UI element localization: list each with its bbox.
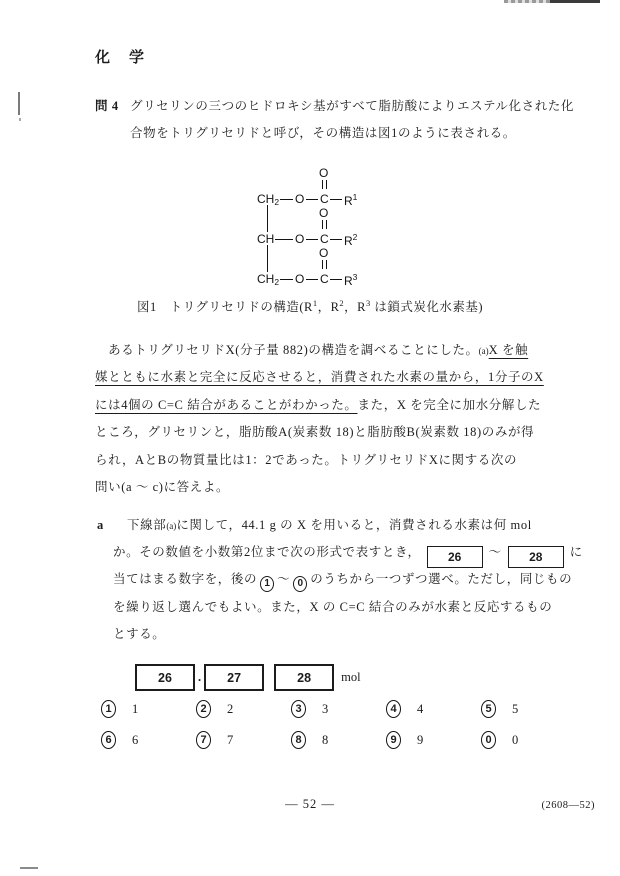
ester-oxygen-atom: O	[295, 272, 304, 286]
left-margin-mark	[18, 92, 20, 115]
caption-text: ，R	[344, 300, 366, 314]
chain-carbon-group: CH	[257, 232, 274, 247]
chain-label: CH	[257, 232, 274, 246]
underlined-text: X を触	[489, 343, 529, 357]
decimal-point: .	[198, 670, 201, 685]
answer-format-row: 26 . 27 28 mol	[135, 664, 361, 691]
r-superscript: 1	[353, 192, 358, 202]
chain-label: CH	[257, 272, 274, 286]
option-3[interactable]: 33	[291, 700, 386, 718]
circled-1-icon: 1	[260, 576, 274, 592]
circled-5-icon: 5	[481, 700, 496, 718]
option-value: 2	[227, 702, 233, 717]
option-value: 5	[512, 702, 518, 717]
page-number: — 52 —	[0, 797, 620, 812]
r-superscript: 2	[353, 232, 358, 242]
solid-mark-segment	[550, 0, 600, 3]
circled-9-icon: 9	[386, 731, 401, 749]
circled-0-icon: 0	[293, 576, 307, 592]
choice-options-grid: 11 22 33 44 55 66 77 88 99 00	[101, 700, 576, 749]
answer-box-27: 27	[204, 664, 264, 691]
left-margin-dot	[19, 118, 21, 121]
question-text: か。その数値を小数第2位まで次の形式で表すとき，	[113, 545, 421, 559]
circled-7-icon: 7	[196, 731, 211, 749]
question4-intro-line1: グリセリンの三つのヒドロキシ基がすべて脂肪酸によりエステル化された化	[130, 97, 574, 116]
paragraph-line3: には4個の C=C 結合があることがわかった。また，X を完全に加水分解した	[95, 396, 541, 415]
unit-label: mol	[341, 670, 360, 685]
underlined-text: には4個の C=C 結合があることがわかった。	[95, 398, 358, 412]
question-text: 下線部	[127, 518, 166, 532]
answer-blank-box-26: 26	[427, 546, 483, 568]
single-bond-icon	[275, 239, 293, 240]
circled-3-icon: 3	[291, 700, 306, 718]
subject-title: 化 学	[95, 46, 146, 67]
option-value: 4	[417, 702, 423, 717]
single-bond-icon	[306, 239, 318, 240]
option-value: 0	[512, 733, 518, 748]
option-6[interactable]: 66	[101, 731, 196, 749]
circled-2-icon: 2	[196, 700, 211, 718]
ester-oxygen-atom: O	[295, 232, 304, 246]
figure1-caption: 図1 トリグリセリドの構造(R1，R2，R3 は鎖式炭化水素基)	[0, 297, 620, 315]
double-bond-icon	[322, 180, 327, 189]
underlined-text: 媒とともに水素と完全に反応させると，消費された水素の量から，1分子のX	[95, 370, 544, 384]
option-8[interactable]: 88	[291, 731, 386, 749]
paragraph-line5: られ，AとBの物質量比は1：2であった。トリグリセリドXに関する次の	[95, 451, 517, 470]
circled-8-icon: 8	[291, 731, 306, 749]
option-1[interactable]: 11	[101, 700, 196, 718]
double-bond-icon	[322, 220, 327, 229]
paragraph-line1: あるトリグリセリドX(分子量 882)の構造を調べることにした。(a)X を触	[95, 341, 528, 361]
question-text: に	[570, 545, 583, 559]
paragraph-line4: ところ，グリセリンと，脂肪酸A(炭素数 18)と脂肪酸B(炭素数 18)のみが得	[95, 423, 534, 442]
booklet-code: (2608—52)	[542, 800, 596, 811]
paragraph-line6: 問い(a ～ c)に答えよ。	[95, 478, 229, 497]
subquestion-a-line4: を繰り返し選んでもよい。また，X の C=C 結合のみが水素と反応するもの	[113, 598, 552, 617]
subquestion-a-label: a	[97, 516, 104, 535]
r-superscript: 3	[353, 272, 358, 282]
carbonyl-carbon-atom: C	[320, 272, 329, 286]
answer-blank-box-28: 28	[508, 546, 564, 568]
underline-ref-a: (a)	[166, 521, 176, 531]
paragraph-text: また，X を完全に加水分解した	[358, 398, 542, 412]
paragraph-text: あるトリグリセリドX(分子量 882)の構造を調べることにした。	[95, 343, 479, 357]
single-bond-icon	[306, 199, 318, 200]
r-group: R3	[344, 272, 357, 288]
ester-unit-3: O CH2 O C R3	[257, 246, 369, 286]
carbonyl-carbon-atom: C	[320, 192, 329, 206]
double-bond-icon	[322, 260, 327, 269]
r-label: R	[344, 274, 353, 288]
bottom-left-mark	[20, 867, 38, 869]
ester-oxygen-atom: O	[295, 192, 304, 206]
range-tilde: ～	[277, 572, 290, 586]
option-value: 3	[322, 702, 328, 717]
question-text: 当てはまる数字を，後の	[113, 572, 257, 586]
option-value: 7	[227, 733, 233, 748]
subquestion-a-line1: 下線部(a)に関して，44.1 g の X を用いると，消費される水素は何 mo…	[127, 516, 532, 536]
option-0[interactable]: 00	[481, 731, 576, 749]
triglyceride-structure-figure: O CH2 O C R1 O CH O C R2 O CH2	[257, 166, 369, 288]
subquestion-a-line3: 当てはまる数字を，後の1～0のうちから一つずつ選べ。ただし，同じもの	[113, 570, 572, 592]
top-right-registration-mark	[504, 0, 600, 3]
option-value: 9	[417, 733, 423, 748]
carbonyl-oxygen-atom: O	[319, 206, 328, 220]
question-text: のうちから一つずつ選べ。ただし，同じもの	[310, 572, 572, 586]
option-4[interactable]: 44	[386, 700, 481, 718]
single-bond-icon	[330, 239, 342, 240]
answer-box-28: 28	[274, 664, 334, 691]
carbonyl-carbon-atom: C	[320, 232, 329, 246]
circled-6-icon: 6	[101, 731, 116, 749]
option-value: 6	[132, 733, 138, 748]
single-bond-icon	[330, 279, 342, 280]
single-bond-icon	[330, 199, 342, 200]
ester-unit-1: O CH2 O C R1	[257, 166, 369, 206]
carbonyl-oxygen-atom: O	[319, 166, 328, 180]
option-value: 1	[132, 702, 138, 717]
subquestion-a-line2: か。その数値を小数第2位まで次の形式で表すとき，26～28に	[113, 543, 583, 568]
question4-intro-line2: 合物をトリグリセリドと呼び，その構造は図1のように表される。	[130, 124, 516, 143]
option-value: 8	[322, 733, 328, 748]
paragraph-line2: 媒とともに水素と完全に反応させると，消費された水素の量から，1分子のX	[95, 368, 544, 387]
caption-text: ，R	[318, 300, 340, 314]
chain-carbon-group: CH2	[257, 272, 279, 287]
answer-box-26: 26	[135, 664, 195, 691]
caption-text: 図1 トリグリセリドの構造(R	[137, 300, 313, 314]
single-bond-icon	[306, 279, 318, 280]
subquestion-a-line5: とする。	[113, 625, 165, 644]
caption-text: は鎖式炭化水素基)	[371, 300, 483, 314]
chain-label: CH	[257, 192, 274, 206]
question4-label: 問 4	[95, 97, 119, 116]
option-9[interactable]: 99	[386, 731, 481, 749]
dashed-mark-segment	[504, 0, 550, 3]
option-5[interactable]: 55	[481, 700, 576, 718]
circled-4-icon: 4	[386, 700, 401, 718]
exam-page: 化 学 問 4 グリセリンの三つのヒドロキシ基がすべて脂肪酸によりエステル化され…	[0, 0, 620, 876]
chain-subscript: 2	[274, 277, 279, 287]
circled-0-icon: 0	[481, 731, 496, 749]
option-7[interactable]: 77	[196, 731, 291, 749]
option-2[interactable]: 22	[196, 700, 291, 718]
single-bond-icon	[280, 199, 293, 200]
underline-ref-a: (a)	[479, 346, 489, 356]
carbonyl-oxygen-atom: O	[319, 246, 328, 260]
question-text: に関して，44.1 g の X を用いると，消費される水素は何 mol	[176, 518, 531, 532]
ester-unit-2: O CH O C R2	[257, 206, 369, 246]
single-bond-icon	[280, 279, 293, 280]
range-tilde: ～	[489, 545, 502, 559]
circled-1-icon: 1	[101, 700, 116, 718]
